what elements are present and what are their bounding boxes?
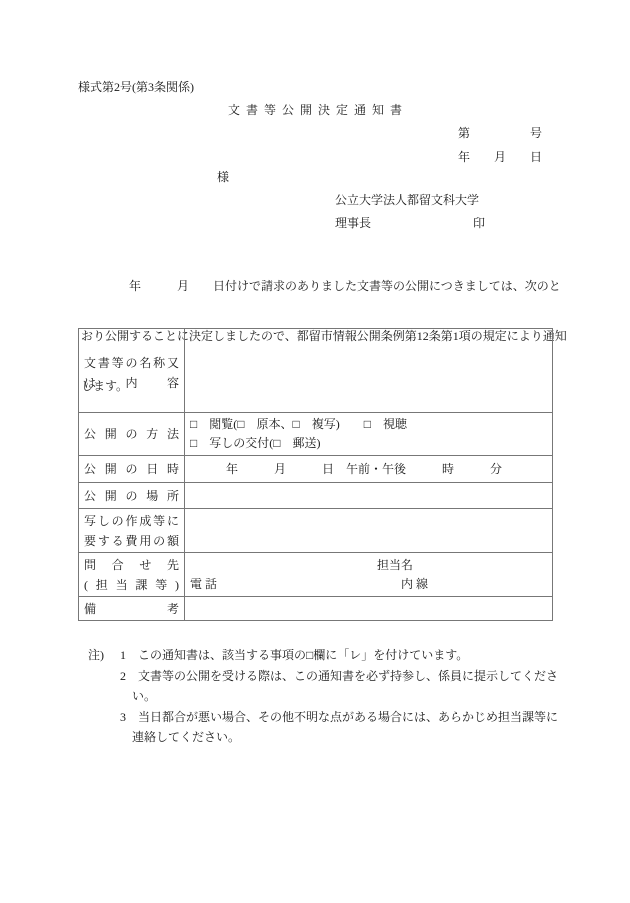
row-label-disclosure-datetime: 公開の日時 (79, 456, 185, 483)
row-value-disclosure-method: □ 閲覧(□ 原本、□ 複写) □ 視聴 □ 写しの交付(□ 郵送) (185, 413, 553, 456)
footnote-line: 連絡してください。 (120, 727, 558, 748)
table-row-document-name: 文書等の名称又 は内容 (79, 329, 553, 413)
row-label-document-name: 文書等の名称又 は内容 (79, 329, 185, 413)
row-value-disclosure-place (185, 483, 553, 509)
phone-label: 電 話 (190, 577, 217, 591)
body-line: 年 月 日付けで請求のありました文書等の公開につきましては、次のと (81, 273, 561, 299)
footnote-line: 1 この通知書は、該当する事項の□欄に「レ」を付けています。 (120, 645, 558, 666)
footnote-marker: 注) (88, 645, 104, 666)
addressee-suffix: 様 (217, 171, 229, 183)
method-checkbox-line-copy: □ 写しの交付(□ 郵送) (190, 434, 552, 453)
contact-person-label: 担当名 (190, 556, 552, 575)
row-label-contact: 問合せ先 (担当課等) (79, 553, 185, 597)
footnote-line: い。 (120, 686, 558, 707)
issuer-seal-mark: 印 (473, 217, 485, 229)
document-number-line: 第 号 (458, 127, 542, 139)
row-label-remarks: 備考 (79, 597, 185, 621)
extension-label: 内 線 (401, 577, 428, 591)
contact-phone-line: 電 話内 線 (190, 575, 552, 594)
method-checkbox-line-inspection: □ 閲覧(□ 原本、□ 複写) □ 視聴 (190, 415, 552, 434)
row-value-contact: 担当名 電 話内 線 (185, 553, 553, 597)
footnote-line: 2 文書等の公開を受ける際は、この通知書を必ず持参し、係員に提示してくださ (120, 666, 558, 687)
row-value-disclosure-datetime: 年 月 日 午前・午後 時 分 (185, 456, 553, 483)
issue-date-line: 年 月 日 (458, 151, 542, 163)
row-label-disclosure-method: 公開の方法 (79, 413, 185, 456)
table-row-disclosure-place: 公開の場所 (79, 483, 553, 509)
row-value-copy-cost (185, 509, 553, 553)
row-label-disclosure-place: 公開の場所 (79, 483, 185, 509)
row-value-remarks (185, 597, 553, 621)
row-label-copy-cost: 写しの作成等に 要する費用の額 (79, 509, 185, 553)
issuer-organization: 公立大学法人都留文科大学 (335, 194, 479, 206)
disclosure-form-table: 文書等の名称又 は内容 公開の方法 □ 閲覧(□ 原本、□ 複写) □ 視聴 □… (78, 328, 553, 621)
row-value-document-name (185, 329, 553, 413)
footnotes: 注) 1 この通知書は、該当する事項の□欄に「レ」を付けています。 2 文書等の… (88, 645, 558, 748)
table-row-disclosure-method: 公開の方法 □ 閲覧(□ 原本、□ 複写) □ 視聴 □ 写しの交付(□ 郵送) (79, 413, 553, 456)
footnote-line: 3 当日都合が悪い場合、その他不明な点がある場合には、あらかじめ担当課等に (120, 707, 558, 728)
table-row-disclosure-datetime: 公開の日時 年 月 日 午前・午後 時 分 (79, 456, 553, 483)
form-number: 様式第2号(第3条関係) (78, 81, 194, 93)
issuer-title: 理事長 (335, 217, 371, 229)
table-row-contact: 問合せ先 (担当課等) 担当名 電 話内 線 (79, 553, 553, 597)
document-page: 様式第2号(第3条関係) 文書等公開決定通知書 第 号 年 月 日 様 公立大学… (0, 0, 630, 903)
document-title: 文書等公開決定通知書 (0, 104, 630, 116)
footnote-lines: 1 この通知書は、該当する事項の□欄に「レ」を付けています。 2 文書等の公開を… (120, 645, 558, 748)
table-row-remarks: 備考 (79, 597, 553, 621)
table-row-copy-cost: 写しの作成等に 要する費用の額 (79, 509, 553, 553)
